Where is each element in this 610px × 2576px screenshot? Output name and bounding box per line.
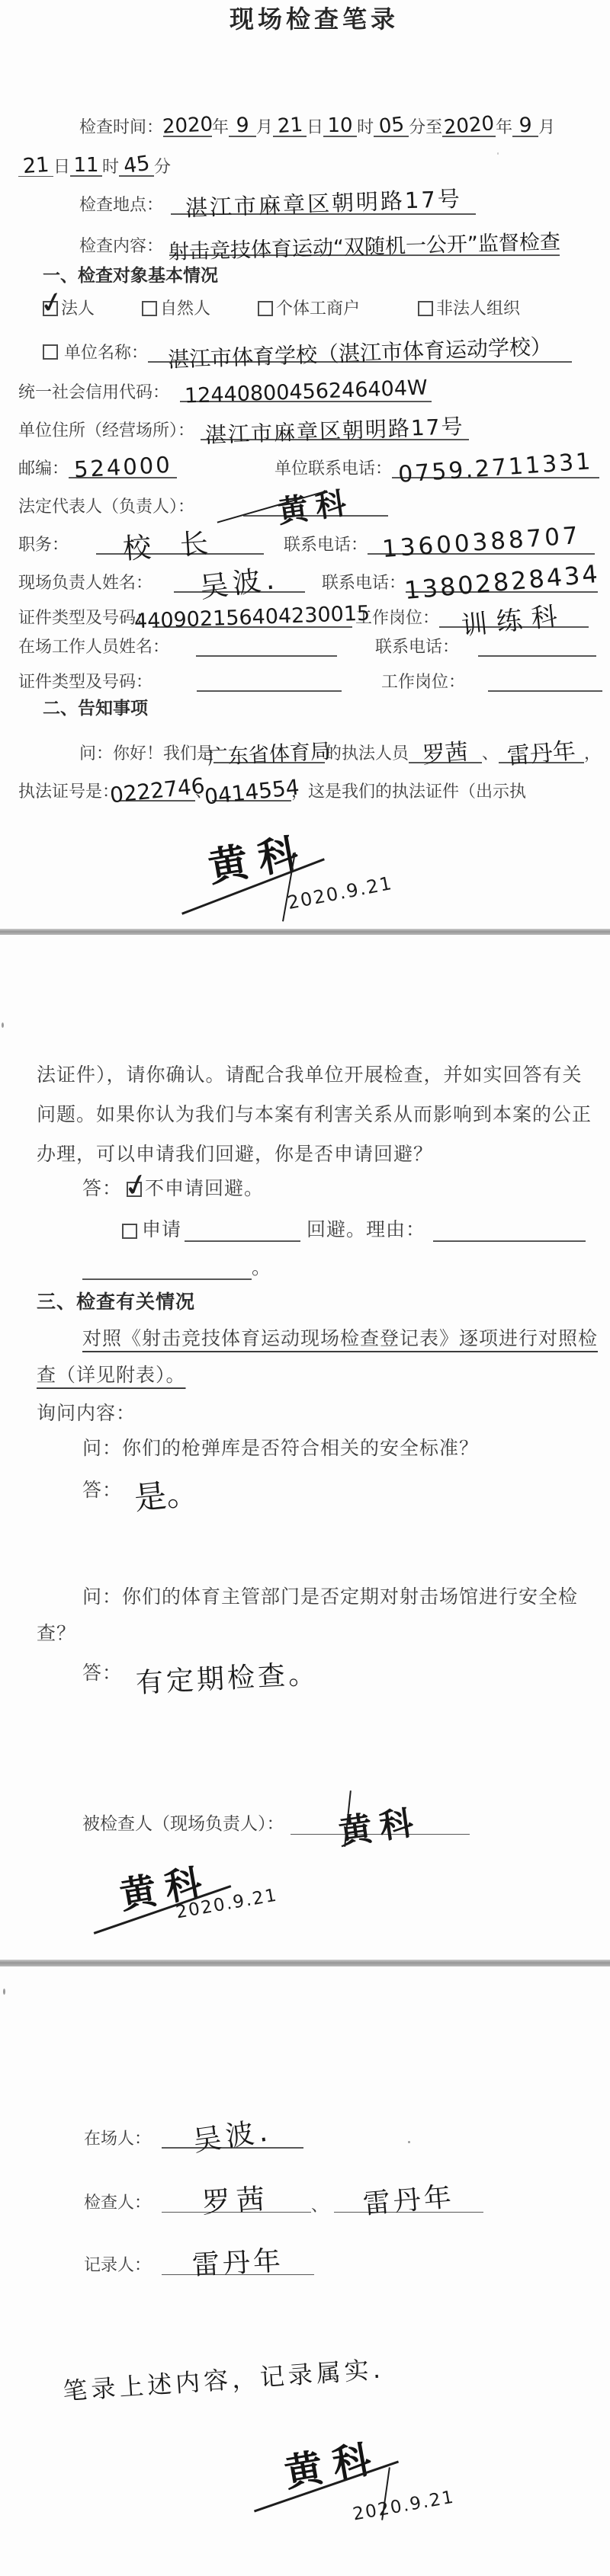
time-day2-underline: 21 [18,155,53,177]
inspected-person-label: 被检查人（现场负责人）： [82,1813,284,1835]
individual-business-label: 个体工商户 [276,299,360,318]
cert-suffix: ，这是我们的执法证件（出示执 [291,782,526,802]
section1-heading: 一、检查对象基本情况 [43,265,218,286]
scan-speck [2,1022,4,1028]
id-number-line: 证件类型及号码： 440902156404230015 工作岗位： 训练科 [18,594,589,628]
answer2-row: 答： 有定期检查。 [82,1650,319,1685]
reference-line1-row: 对照《射击竞技体育运动现场检查登记表》逐项进行对照检 [82,1327,598,1351]
title-row: 现场检查笔录 [0,0,610,35]
legal-rep-underline: 黄科 [243,492,388,517]
signature-page1-date: 2020.9.21 [286,872,395,914]
inspection-place-underline: 湛江市麻章区朝明路17号 [171,193,476,215]
recorder-underline: 雷丹年 [162,2250,314,2275]
cert1-underline: 0222746 [119,780,195,802]
postcode-value: 524000 [73,454,172,482]
scan-speck [497,152,499,155]
unit-hour: 时 [357,117,374,137]
scan-speck [408,2141,410,2143]
recorder-line: 记录人： 雷丹年 [84,2243,314,2275]
site-manager-line: 现场负责人姓名： 吴波. 联系电话： 13802828434 [18,556,598,593]
inspectors-label: 检查人： [84,2193,151,2213]
inquiry-label: 询问内容： [37,1402,136,1426]
recorder-label: 记录人： [84,2255,151,2275]
unit-address-underline: 湛江市麻章区朝明路17号 [201,421,469,440]
id-number-value: 440902156404230015 [134,603,371,632]
job-underline: 训练科 [439,608,589,628]
section3-heading-row: 三、检查有关情况 [37,1291,195,1314]
staff-id-label: 证件类型及号码： [18,672,152,692]
time-month1-underline: 9 [229,115,256,137]
answer-label-3: 答： [82,1662,122,1685]
inspection-time-label: 检查时间： [79,117,163,137]
officer2-value: 雷丹年 [506,740,576,769]
agency-underline: 广东省体育局 [213,744,325,763]
time-hour1-underline: 10 [323,116,357,137]
cert2-underline: 0414554 [212,782,291,802]
id-type-label: 证件类型及号码： [18,608,152,628]
apply-recusal-line: 申请 回避。理由： [122,1218,586,1242]
scan-speck [3,1989,5,1995]
site-manager-underline: 吴波. [174,569,305,593]
staff-job-label: 工作岗位： [381,672,465,692]
inspection-place-value: 湛江市麻章区朝明路17号 [185,188,462,220]
time-hour2-underline: 11 [70,155,102,177]
page2-para3-row: 办理，可以申请我们回避，你是否申请回避？ [37,1143,433,1166]
answer1-value: 是。 [133,1477,200,1515]
present-person-line: 在场人： 吴波. [84,2120,303,2149]
inspection-place-label: 检查地点： [79,195,163,215]
time-year2-value: 2020 [443,114,495,138]
inspectors-separator: 、 [311,2196,328,2216]
time-month1-value: 9 [236,115,249,136]
check-mark-icon: ✓ [120,1166,153,1206]
manager-phone-label: 联系电话： [322,573,406,593]
present-person-label: 在场人： [84,2129,151,2149]
inspection-place-line: 检查地点： 湛江市麻章区朝明路17号 [79,186,476,215]
unit-phone-underline: 0759.2711331 [392,457,599,478]
checkbox-unincorporated [418,301,433,316]
no-recusal-line: 答： ✓ 不申请回避。 [82,1176,264,1202]
present-person-underline: 吴波. [162,2122,303,2149]
reference-line2-row: 查（详见附表）。 [37,1364,186,1387]
site-manager-label: 现场负责人姓名： [18,573,152,593]
scanned-inspection-record: 现场检查笔录 检查时间： 2020 年 9 月 21 日 10 时 05 分至 … [0,0,610,2576]
cert-prefix: 执法证号是： [18,782,119,802]
page2-para3: 办理，可以申请我们回避，你是否申请回避？ [37,1143,433,1166]
time-year2-underline: 2020 [442,116,496,137]
unit-month2: 月 [538,117,555,137]
apply-target-underline-blank [185,1233,300,1242]
question2-line1: 问：你们的体育主管部门是否定期对射击场馆进行安全检 [82,1586,578,1609]
unit-hour2: 时 [102,157,119,177]
staff-phone-label: 联系电话： [375,637,459,657]
inspected-person-underline: 黄科 [291,1811,470,1835]
notice-prefix: 问：你好！我们是 [79,744,213,763]
duty-phone-line: 职务： 校长 联系电话： 13600388707 [18,520,595,555]
section2-heading-row: 二、告知事项 [43,698,148,719]
staff-id-underline-blank [197,683,342,692]
unit-year: 年 [212,117,229,137]
section2-heading: 二、告知事项 [43,698,148,719]
staff-id-line: 证件类型及号码： 工作岗位： [18,666,602,692]
inspector1-underline: 罗茜 [162,2187,311,2213]
natural-person-label: 自然人 [160,299,210,318]
staff-job-underline-blank [488,683,602,692]
scan-speck [236,20,238,21]
time-hour2-value: 11 [73,155,98,175]
unit-minute2: 分 [154,157,171,177]
time-year1-value: 2020 [162,114,213,136]
inspected-person-signature: 黄科 [336,1806,422,1851]
staff-name-label: 在场工作人员姓名： [18,637,169,657]
unit-phone-label: 单位联系电话： [274,459,392,478]
credit-code-line: 统一社会信用代码： 12440800456246404W [18,372,432,402]
unit-address-label: 单位住所（经营场所）： [18,421,194,440]
officer-separator: 、 [482,744,499,763]
unit-day2: 日 [53,157,70,177]
legal-rep-line: 法定代表人（负责人）： 黄科 [18,482,388,517]
unit-name-value: 湛江市体育学校（湛江市体育运动学校） [168,336,553,371]
unit-day: 日 [307,117,323,137]
credit-code-underline: 12440800456246404W [180,382,432,402]
agency-value: 广东省体育局 [207,741,331,768]
checkbox-apply-recusal [122,1224,137,1239]
page2-para2: 问题。如果你认为我们与本案有利害关系从而影响到本案的公正 [37,1103,592,1127]
reason-underline-blank [433,1233,586,1242]
check-mark-icon: ✓ [37,283,67,322]
signature-page1-name: 黄科 [203,819,312,893]
reason-continuation-line: 。 [82,1257,271,1280]
staff-phone-underline-blank [478,648,596,657]
inspection-time-line2: 21 日 11 时 45 分 [18,151,171,177]
reason-label: 回避。理由： [307,1218,425,1242]
inspectors-line: 检查人： 罗茜 、 雷丹年 [84,2181,483,2213]
postcode-underline: 524000 [69,456,177,478]
page2-para1-row: 法证件），请你确认。请配合我单位开展检查，并如实回答有关 [37,1064,583,1087]
document-title: 现场检查笔录 [230,0,399,35]
time-month2-underline: 9 [512,115,538,137]
inspection-content-line: 检查内容： 射击竞技体育运动“双随机一公开”监督检查 [79,226,560,256]
page2-para1: 法证件），请你确认。请配合我单位开展检查，并如实回答有关 [37,1064,583,1087]
unit-year2: 年 [496,117,512,137]
time-hour1-value: 10 [328,116,353,136]
unit-name-underline: 湛江市体育学校（湛江市体育运动学校） [148,343,572,363]
unit-minute-to: 分至 [409,117,442,137]
time-minute1-underline: 05 [374,116,409,137]
unit-address-line: 单位住所（经营场所）： 湛江市麻章区朝明路17号 [18,408,469,440]
closing-statement: 笔录上述内容，记录属实. [62,2357,384,2403]
checkbox-natural-person [142,301,157,316]
signature-page3-name: 黄科 [280,2427,386,2498]
time-year1-underline: 2020 [163,116,212,137]
time-minute2-underline: 45 [119,155,154,177]
postcode-label: 邮编： [18,459,69,478]
manager-phone-underline: 13802828434 [406,570,598,593]
unit-address-value: 湛江市麻章区朝明路17号 [205,416,464,446]
checkbox-unit-name [43,344,58,360]
inspection-time-line1: 检查时间： 2020 年 9 月 21 日 10 时 05 分至 2020 年 … [79,111,555,137]
unit-month: 月 [256,117,273,137]
recorder-signature: 雷丹年 [191,2248,284,2280]
time-day2-value: 21 [22,155,50,177]
notice-line2: 执法证号是： 0222746 、 0414554 ，这是我们的执法证件（出示执 [18,770,526,802]
page-separator-1 [0,929,610,935]
present-person-signature: 吴波. [191,2117,274,2155]
rep-phone-underline: 13600388707 [368,531,595,555]
answer1-row: 答： 是。 [82,1469,198,1502]
inspection-content-underline: 射击竞技体育运动“双随机一公开”监督检查 [169,237,560,256]
answer-label-1: 答： [82,1177,122,1201]
unit-name-label: 单位名称： [64,343,148,363]
notice-line1: 问：你好！我们是 广东省体育局 的执法人员 罗茜 、 雷丹年 ， [79,731,601,763]
question2-line2: 查？ [37,1622,76,1646]
time-month2-value: 9 [519,115,532,136]
reason-underline2-blank [82,1271,252,1280]
rep-phone-label: 联系电话： [284,535,368,555]
officer1-underline: 罗茜 [409,743,482,763]
reason-period: 。 [252,1256,271,1280]
reference-line2: 查（详见附表）。 [37,1364,186,1387]
duty-label: 职务： [18,535,69,555]
section3-heading: 三、检查有关情况 [37,1291,195,1314]
answer2-value: 有定期检查。 [135,1661,319,1698]
question1-text: 问：你们的枪弹库是否符合相关的安全标准？ [82,1437,479,1461]
cert2-value: 0414554 [204,777,300,808]
cert1-value: 0222746 [109,776,206,807]
entity-type-row: ✓ 法人 自然人 个体工商户 非法人组织 [43,299,520,318]
checkbox-individual-business [258,301,273,316]
inspector2-signature: 雷丹年 [362,2184,456,2219]
page-separator-2 [0,1960,610,1966]
credit-code-label: 统一社会信用代码： [18,382,169,402]
inspector1-signature: 罗茜 [201,2184,271,2217]
answer-label-2: 答： [82,1479,122,1502]
apply-label: 申请 [142,1218,181,1242]
section1-heading-row: 一、检查对象基本情况 [43,265,218,286]
question1-row: 问：你们的枪弹库是否符合相关的安全标准？ [82,1437,479,1461]
officer1-value: 罗茜 [422,741,469,767]
staff-name-line: 在场工作人员姓名： 联系电话： [18,631,596,657]
notice-middle: 的执法人员 [325,744,409,763]
postcode-phone-line: 邮编： 524000 单位联系电话： 0759.2711331 [18,446,599,478]
no-recusal-label: 不申请回避。 [145,1177,264,1201]
staff-name-underline-blank [196,648,337,657]
inspection-content-label: 检查内容： [79,236,163,256]
unincorporated-label: 非法人组织 [436,299,520,318]
checkbox-legal-person: ✓ [43,301,58,316]
question2-line1-row: 问：你们的体育主管部门是否定期对射击场馆进行安全检 [82,1586,578,1609]
inspection-content-value: 射击竞技体育运动“双随机一公开”监督检查 [169,232,561,262]
inspector2-underline: 雷丹年 [334,2187,483,2213]
time-minute2-value: 45 [122,153,151,178]
inspected-person-line: 被检查人（现场负责人）： 黄科 [82,1804,470,1835]
page2-para2-row: 问题。如果你认为我们与本案有利害关系从而影响到本案的公正 [37,1103,592,1127]
officer2-underline: 雷丹年 [499,743,584,763]
signature-page3-date: 2020.9.21 [352,2487,457,2524]
checkbox-no-recusal: ✓ [127,1182,142,1197]
time-minute1-value: 05 [377,114,405,136]
notice-comma: ， [584,744,601,763]
unit-phone-value: 0759.2711331 [398,450,594,487]
time-day1-value: 21 [277,115,303,136]
question2-line2-row: 查？ [37,1622,76,1646]
id-number-underline: 440902156404230015 [152,607,352,628]
unit-name-line: 单位名称： 湛江市体育学校（湛江市体育运动学校） [43,329,572,363]
inquiry-label-row: 询问内容： [37,1402,136,1426]
reference-line1: 对照《射击竞技体育运动现场检查登记表》逐项进行对照检 [82,1327,598,1351]
time-day1-underline: 21 [273,116,307,137]
duty-underline: 校长 [96,531,264,555]
legal-rep-label: 法定代表人（负责人）： [18,497,194,517]
credit-code-value: 12440800456246404W [184,377,427,406]
